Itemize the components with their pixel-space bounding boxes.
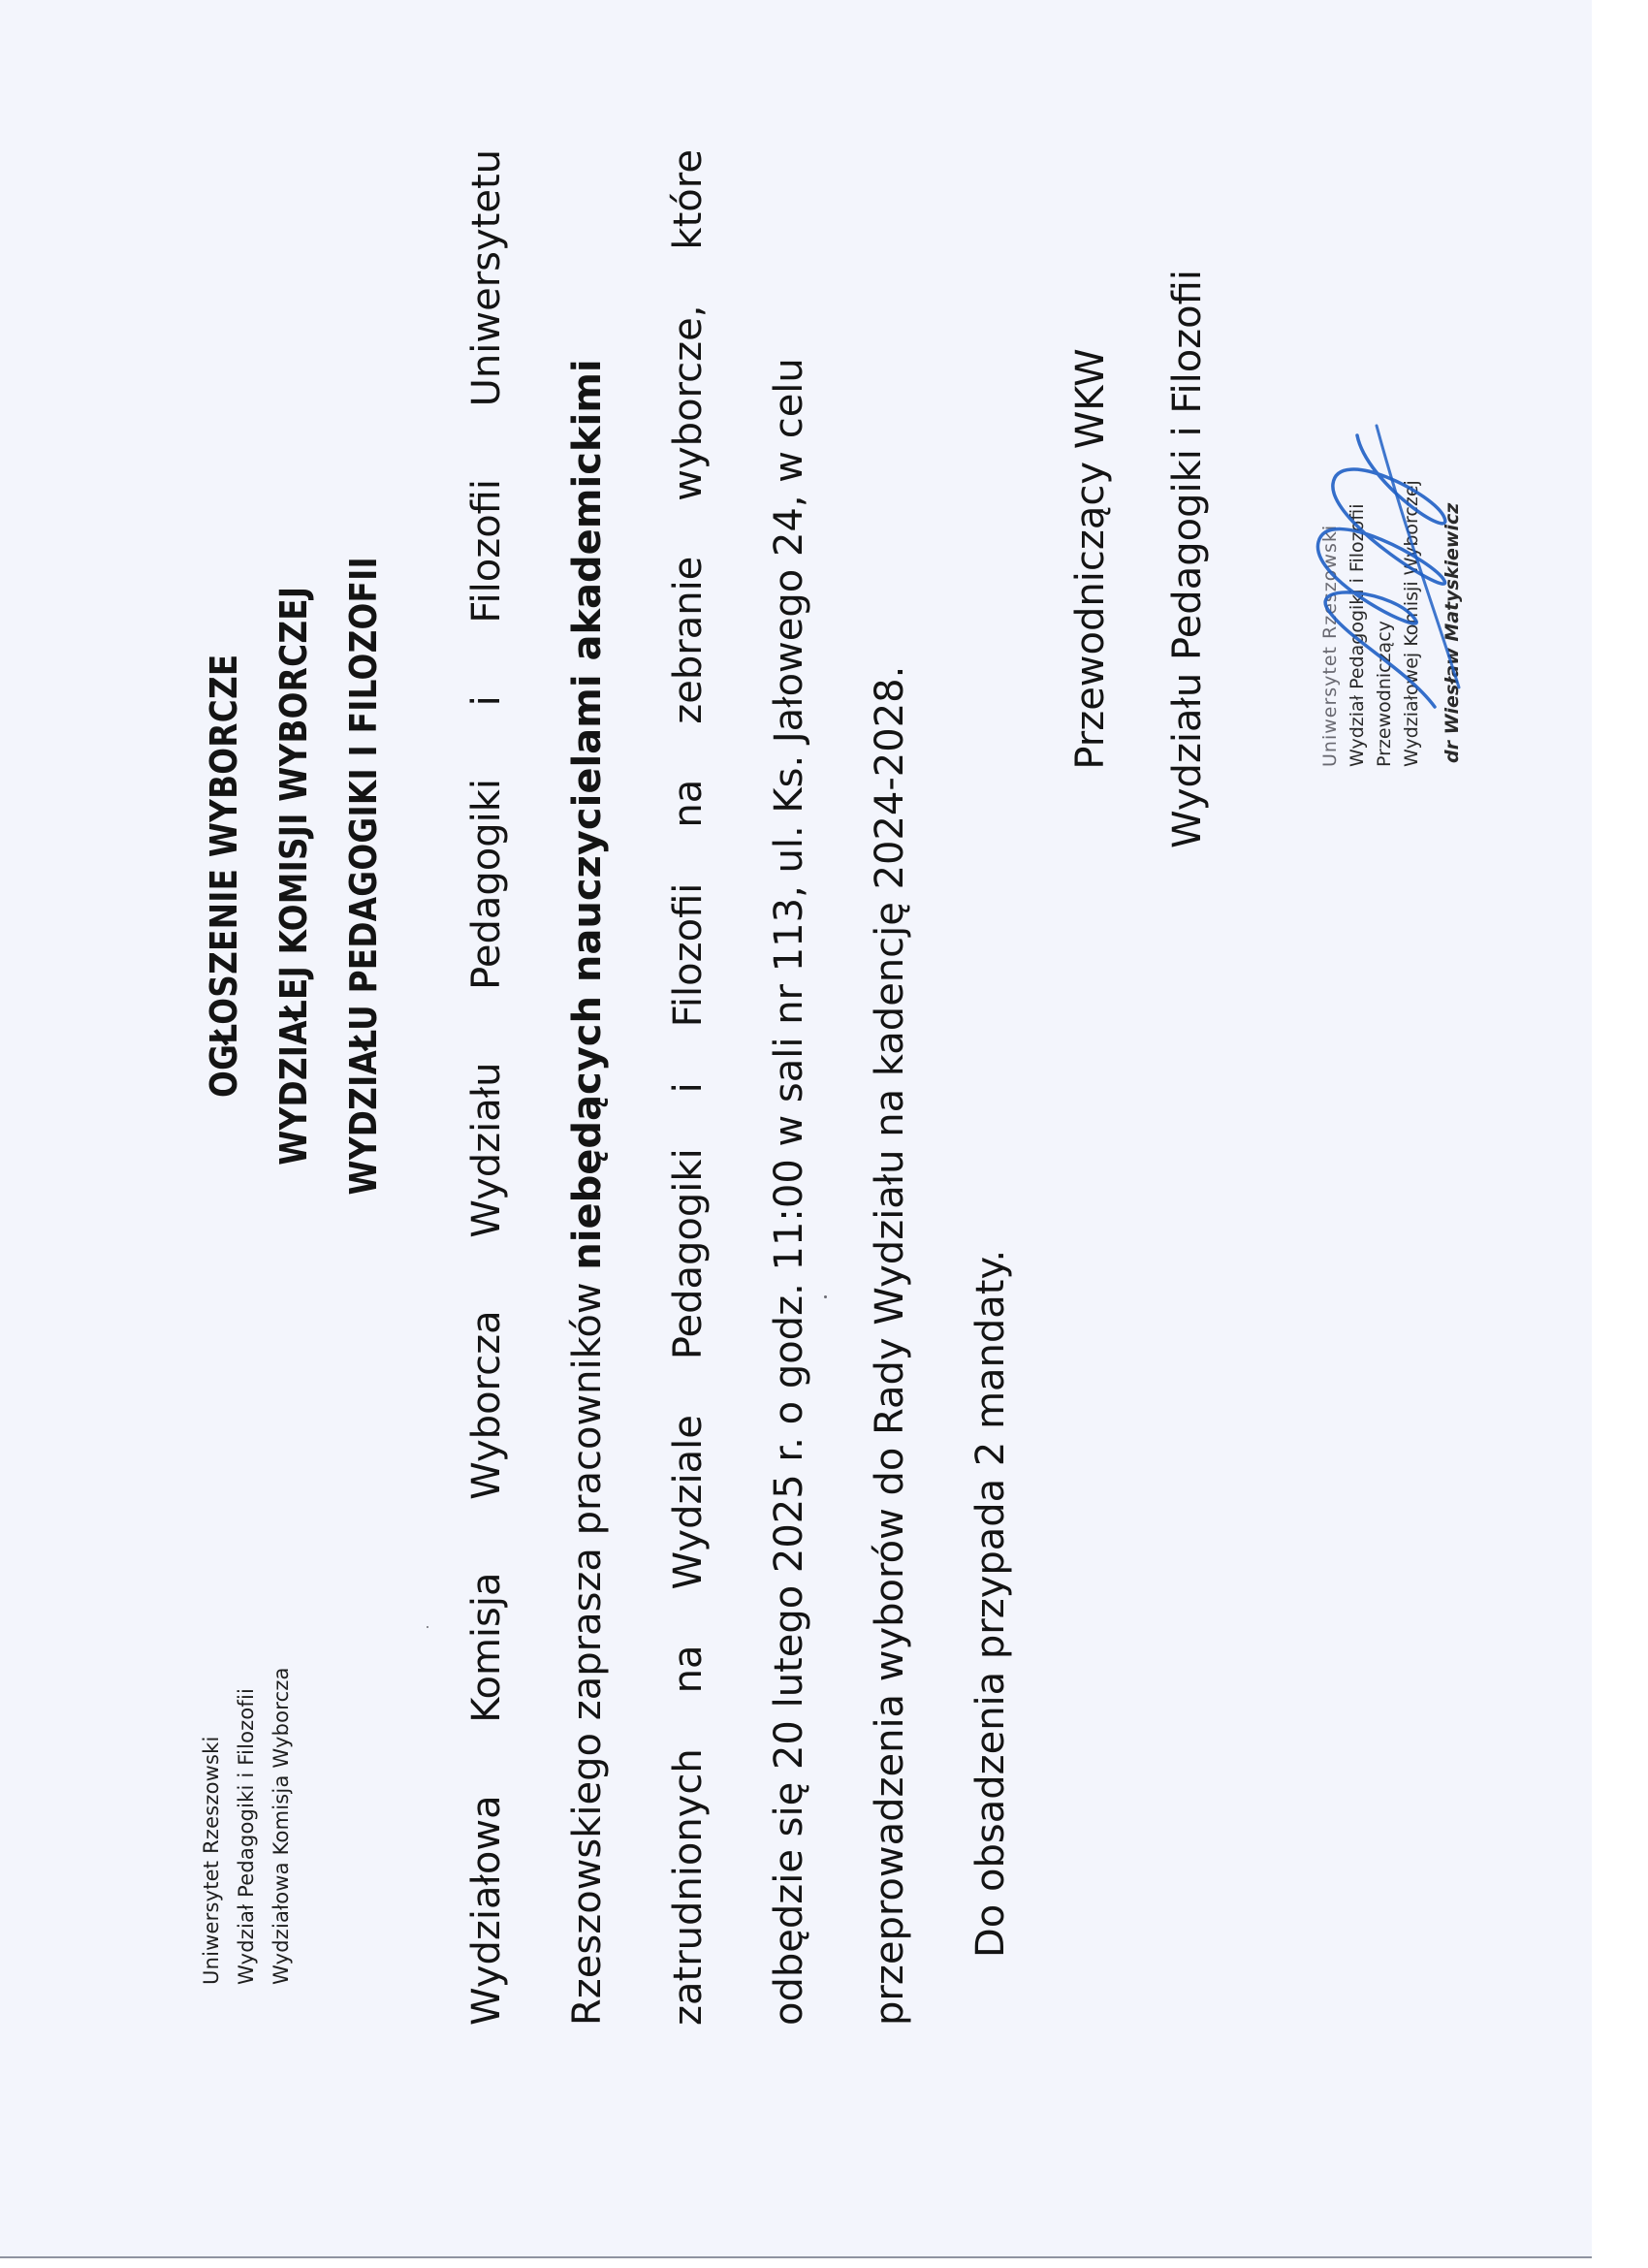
body-line-2-text: Rzeszowskiego zaprasza pracowników xyxy=(565,1270,610,2026)
body-line-3-word: na xyxy=(640,780,741,828)
body-line-1-word: Wydziału xyxy=(438,1063,539,1238)
stamp-line-role: Przewodniczący xyxy=(1371,480,1398,767)
title-line-3: WYDZIAŁU PEDAGOGIKI I FILOZOFII xyxy=(329,143,398,1610)
body-line-6-mandates: Do obsadzenia przypada 2 mandaty. xyxy=(942,149,1043,2026)
body-line-1-word: Uniwersytetu xyxy=(438,149,539,406)
stamp-line-university: Uniwersytet Rzeszowski xyxy=(1316,480,1344,767)
body-line-4: odbędzie się 20 lutego 2025 r. o godz. 1… xyxy=(741,149,841,2026)
body-line-1-word: Filozofii xyxy=(438,479,539,623)
title-line-2: WYDZIAŁEJ KOMISJI WYBORCZEJ xyxy=(259,143,329,1610)
body-line-2-emphasis: niebędących nauczycielami akademickimi xyxy=(565,359,610,1269)
scan-speck xyxy=(824,1295,827,1298)
body-line-3-word: i xyxy=(640,1082,741,1093)
stamp-line-commission: Wydziałowej Komisji Wyborczej xyxy=(1398,480,1425,767)
body-line-1-word: Wyborcza xyxy=(438,1310,539,1499)
stamp-signatory-name: dr Wiesław Matyskiewicz xyxy=(1439,480,1466,763)
body-line-5: przeprowadzenia wyborów do Rady Wydziału… xyxy=(841,149,942,2026)
chairman-unit: Wydziału Pedagogiki i Filozofii xyxy=(1139,101,1236,1017)
stamp-line-faculty: Wydział Pedagogiki i Filozofii xyxy=(1344,480,1371,767)
body-line-1-word: Pedagogiki xyxy=(438,779,539,990)
body-line-3-word: które xyxy=(640,149,741,250)
body-line-1-word: i xyxy=(438,695,539,706)
election-announcement-document: Uniwersytet Rzeszowski Wydział Pedagogik… xyxy=(0,0,1648,2268)
announcement-title: OGŁOSZENIE WYBORCZE WYDZIAŁEJ KOMISJI WY… xyxy=(189,143,398,2093)
title-line-1: OGŁOSZENIE WYBORCZE xyxy=(189,143,259,1610)
body-line-3-word: Filozofii xyxy=(640,883,741,1028)
chairman-role: Przewodniczący WKW xyxy=(1042,101,1139,1017)
body-line-3-word: wyborcze, xyxy=(640,305,741,501)
body-line-3-word: zebranie xyxy=(640,557,741,724)
body-line-1-word: Komisja xyxy=(438,1572,539,1722)
body-line-2: Rzeszowskiego zaprasza pracowników niebę… xyxy=(539,149,640,2026)
official-stamp: Uniwersytet Rzeszowski Wydział Pedagogik… xyxy=(1316,480,1466,767)
body-line-1-word: Wydziałowa xyxy=(438,1795,539,2026)
body-line-3-word: Pedagogiki xyxy=(640,1148,741,1359)
chairman-signature-block: Przewodniczący WKW Wydziału Pedagogiki i… xyxy=(1042,101,1236,1017)
scan-speck xyxy=(427,1626,428,1628)
body-line-3-word: zatrudnionych xyxy=(640,1748,741,2026)
announcement-body: WydziałowaKomisjaWyborczaWydziałuPedagog… xyxy=(438,149,1043,2026)
scanned-page-viewport: Uniwersytet Rzeszowski Wydział Pedagogik… xyxy=(0,0,1648,2268)
body-line-3-word: Wydziale xyxy=(640,1415,741,1589)
body-line-3-word: na xyxy=(640,1645,741,1693)
body-line-3: zatrudnionychnaWydzialePedagogikiiFilozo… xyxy=(640,149,741,2026)
body-line-1: WydziałowaKomisjaWyborczaWydziałuPedagog… xyxy=(438,149,539,2026)
